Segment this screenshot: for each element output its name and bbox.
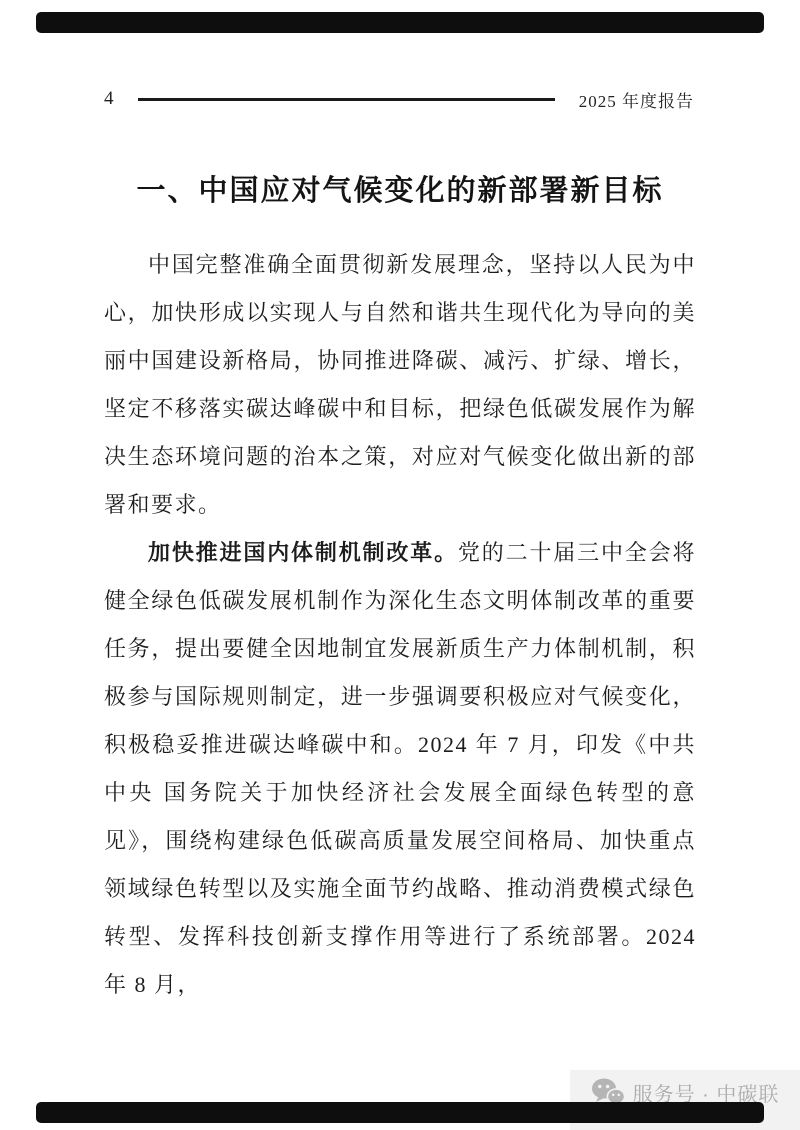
paragraph-2-lead: 加快推进国内体制机制改革。 — [148, 540, 458, 565]
page-header: 4 2025 年度报告 — [104, 86, 694, 112]
bottom-divider-bar — [36, 1102, 764, 1123]
paragraph-2: 加快推进国内体制机制改革。党的二十届三中全会将健全绿色低碳发展机制作为深化生态文… — [104, 529, 696, 1009]
top-divider-bar — [36, 12, 764, 33]
paragraph-1: 中国完整准确全面贯彻新发展理念，坚持以人民为中心，加快形成以实现人与自然和谐共生… — [104, 241, 696, 529]
header-rule — [138, 98, 555, 101]
paragraph-1-text: 中国完整准确全面贯彻新发展理念，坚持以人民为中心，加快形成以实现人与自然和谐共生… — [104, 252, 696, 517]
report-title: 2025 年度报告 — [579, 87, 694, 112]
section-heading: 一、中国应对气候变化的新部署新目标 — [0, 168, 800, 209]
page-number: 4 — [104, 88, 114, 110]
document-page: 4 2025 年度报告 一、中国应对气候变化的新部署新目标 中国完整准确全面贯彻… — [0, 0, 800, 1130]
paragraph-2-text: 党的二十届三中全会将健全绿色低碳发展机制作为深化生态文明体制改革的重要任务，提出… — [104, 540, 696, 997]
body-text: 中国完整准确全面贯彻新发展理念，坚持以人民为中心，加快形成以实现人与自然和谐共生… — [104, 241, 696, 1009]
